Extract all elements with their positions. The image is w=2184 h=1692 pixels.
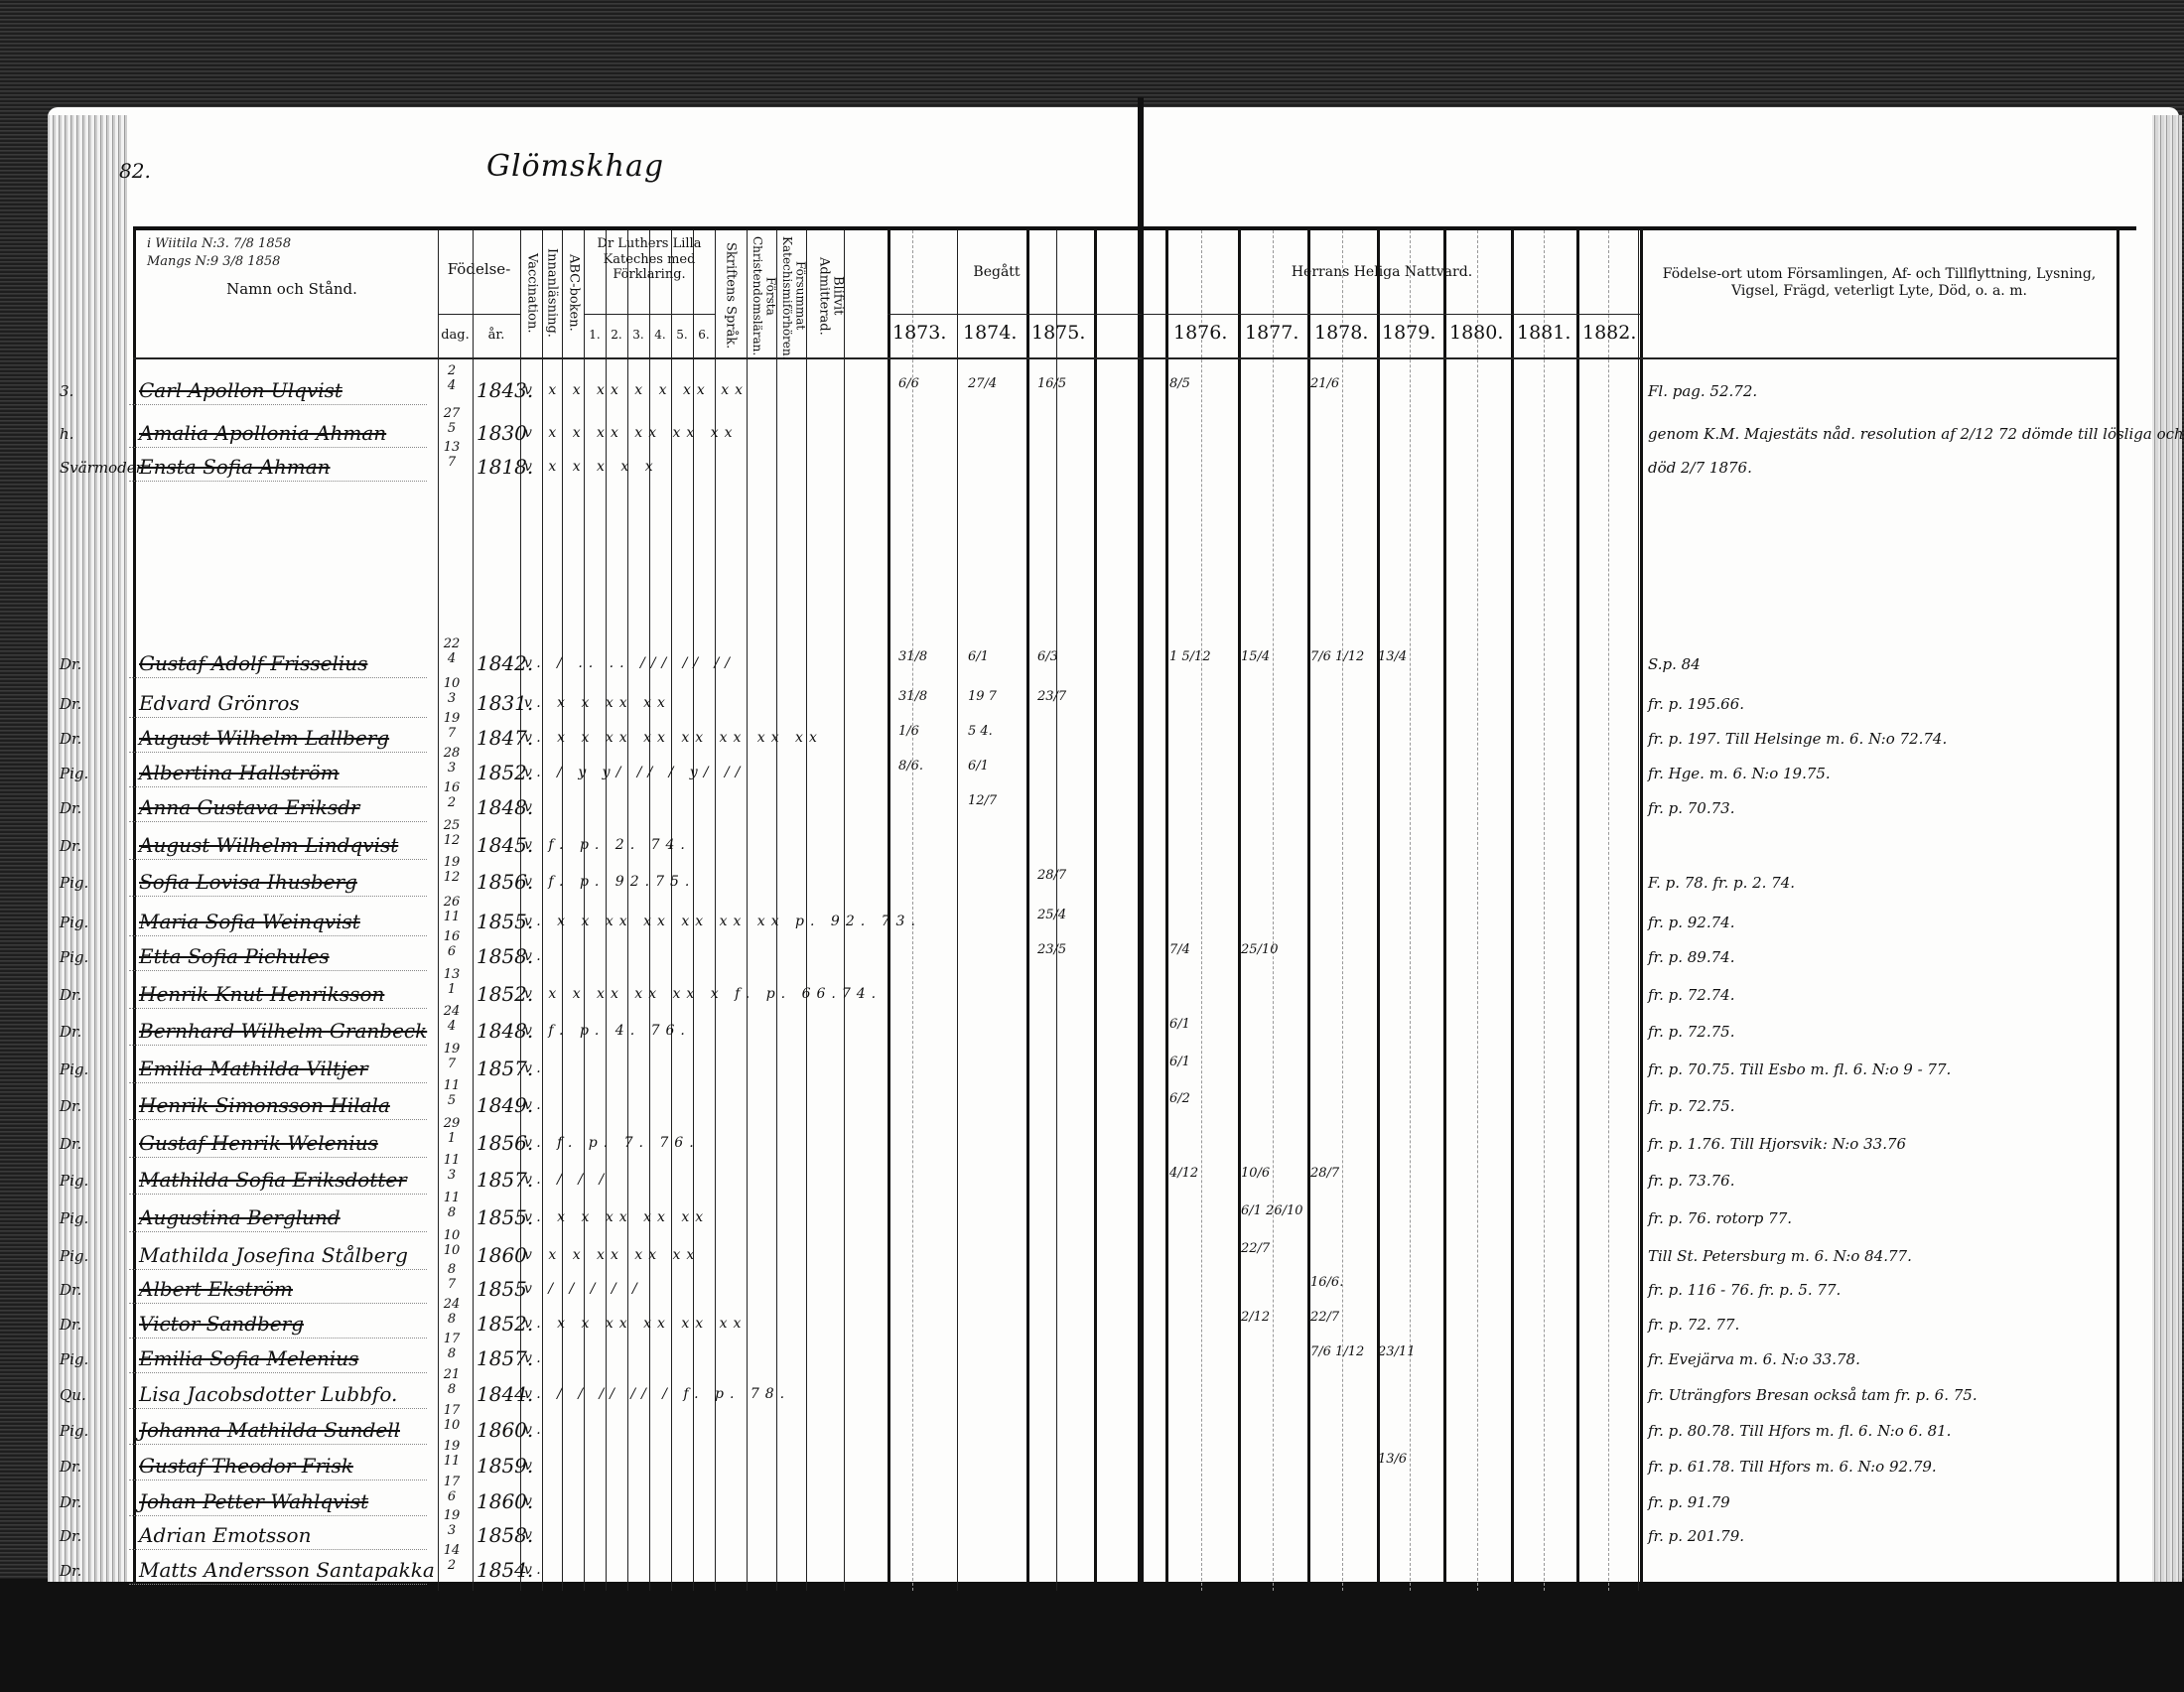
birth-day: 21: [437, 1368, 467, 1381]
entry-name: Sofia Lovisa Ihusberg: [139, 870, 357, 894]
birth-month: 10: [437, 1244, 467, 1257]
catechism-marks: v f. p. 4. 76.: [524, 1023, 691, 1039]
communion-date: 22/7: [1241, 1241, 1270, 1256]
catechism-marks: v f. p. 92.75.: [524, 874, 695, 890]
communion-date: 25/4: [1037, 908, 1066, 922]
birth-month: 3: [437, 1169, 467, 1182]
sub-divider: [1544, 230, 1545, 1591]
birth-day: 11: [437, 1079, 467, 1092]
header-catechism-part: 6.: [695, 328, 713, 342]
catechism-marks: v: [524, 1527, 538, 1543]
catechism-marks: v: [524, 799, 538, 815]
entry-prefix: Pig.: [60, 765, 88, 782]
row-rule: [129, 1194, 427, 1195]
sub-divider: [1273, 230, 1274, 1591]
communion-date: 6/1: [968, 649, 989, 664]
communion-date: 8/5: [1169, 376, 1190, 391]
header-catechism-part: 2.: [608, 328, 625, 342]
birth-month: 2: [437, 796, 467, 809]
entry-remark: fr. Evejärva m. 6. N:o 33.78.: [1648, 1350, 1860, 1368]
communion-date: 15/4: [1241, 649, 1270, 664]
column-divider: [806, 230, 807, 1591]
communion-date: 6/1 26/10: [1241, 1203, 1303, 1218]
row-rule: [129, 481, 427, 482]
header-catechism-part: 5.: [673, 328, 691, 342]
column-divider: [1640, 230, 1643, 1591]
entry-name: Bernhard Wilhelm Granbeck: [139, 1019, 427, 1043]
entry-prefix: Dr.: [60, 730, 81, 748]
entry-remark: fr. p. 195.66.: [1648, 695, 1744, 713]
entry-remark: fr. p. 201.79.: [1648, 1527, 1744, 1545]
birth-year: 1860: [477, 1243, 527, 1267]
header-skriftens-sprak: Skriftens Språk.: [723, 236, 737, 355]
entry-name: Etta Sofia Pichules: [139, 944, 330, 968]
row-rule: [129, 677, 427, 678]
entry-name: Maria Sofia Weinqvist: [139, 910, 360, 933]
entry-remark: fr. p. 72.74.: [1648, 986, 1734, 1004]
row-rule: [129, 1008, 427, 1009]
birth-day: 27: [437, 407, 467, 420]
birth-day: 26: [437, 896, 467, 909]
birth-day: 19: [437, 1043, 467, 1056]
header-divider: [438, 314, 520, 315]
row-rule: [129, 404, 427, 405]
birth-month: 8: [437, 1206, 467, 1219]
catechism-marks: v x x xx x x xx xx: [524, 382, 749, 398]
row-rule: [129, 1119, 427, 1120]
row-rule: [129, 1082, 427, 1083]
birth-day: 17: [437, 1404, 467, 1417]
header-year-1874: 1874.: [963, 322, 1017, 344]
birth-day: 13: [437, 441, 467, 454]
header-year-1876: 1876.: [1173, 322, 1227, 344]
communion-date: 31/8: [898, 689, 927, 704]
header-forsta-christendom: Första Christendomsläran.: [751, 236, 776, 355]
catechism-marks: v.: [524, 1562, 547, 1578]
catechism-marks: v.: [524, 948, 547, 964]
entry-remark: fr. p. 70.73.: [1648, 799, 1734, 817]
entry-prefix: 3.: [60, 382, 73, 400]
catechism-marks: v.: [524, 1060, 547, 1076]
birth-month: 1: [437, 983, 467, 996]
birth-day: 14: [437, 1544, 467, 1557]
entry-remark: fr. p. 1.76. Till Hjorsvik: N:o 33.76: [1648, 1135, 1906, 1153]
entry-remark: fr. Uträngfors Bresan också tam fr. p. 6…: [1648, 1386, 1978, 1404]
entry-remark: fr. p. 92.74.: [1648, 914, 1734, 931]
row-rule: [129, 1584, 427, 1585]
page-number: 82.: [119, 159, 151, 183]
birth-month: 8: [437, 1383, 467, 1396]
birth-day: 2: [437, 364, 467, 377]
header-dag: dag.: [438, 328, 473, 344]
entry-prefix: h.: [60, 425, 73, 443]
catechism-marks: v.: [524, 1422, 547, 1438]
birth-day: 29: [437, 1117, 467, 1130]
row-rule: [129, 1515, 427, 1516]
entry-name: Henrik Simonsson Hilala: [139, 1093, 390, 1117]
entry-remark: fr. p. 89.74.: [1648, 948, 1734, 966]
row-rule: [129, 935, 427, 936]
birth-month: 8: [437, 1313, 467, 1326]
header-divider: [887, 314, 1142, 315]
entry-name: Augustina Berglund: [139, 1205, 341, 1229]
column-divider: [1511, 230, 1514, 1591]
birth-month: 10: [437, 1419, 467, 1432]
birth-month: 3: [437, 762, 467, 775]
entry-name: Mathilda Josefina Stålberg: [139, 1243, 408, 1267]
entry-prefix: Dr.: [60, 799, 81, 817]
catechism-marks: v. / .. .. /// // //: [524, 655, 736, 671]
birth-day: 13: [437, 968, 467, 981]
header-year-1875: 1875.: [1031, 322, 1085, 344]
communion-date: 13/6: [1378, 1452, 1407, 1467]
entry-prefix: Dr.: [60, 1097, 81, 1115]
entry-name: Gustaf Adolf Frisselius: [139, 651, 367, 675]
entry-prefix: Dr.: [60, 695, 81, 713]
birth-day: 19: [437, 712, 467, 725]
birth-month: 7: [437, 727, 467, 740]
birth-month: 7: [437, 1057, 467, 1070]
catechism-marks: v x x x x x: [524, 459, 659, 475]
entry-prefix: Pig.: [60, 1350, 88, 1368]
birth-day: 11: [437, 1154, 467, 1167]
entry-name: Anna Gustava Eriksdr: [139, 795, 359, 819]
communion-date: 7/6 1/12: [1310, 1344, 1364, 1359]
remarks-left-border: [1638, 230, 1639, 1591]
birth-month: 12: [437, 834, 467, 847]
entry-remark: fr. p. 61.78. Till Hfors m. 6. N:o 92.79…: [1648, 1458, 1937, 1476]
header-blifvit-admitterad: Blifvit Admitterad.: [816, 236, 845, 355]
communion-date: 7/6 1/12: [1310, 649, 1364, 664]
sub-divider: [912, 230, 913, 1591]
column-divider: [957, 230, 958, 1591]
entry-remark: Fl. pag. 52.72.: [1648, 382, 1757, 400]
row-rule: [129, 1338, 427, 1339]
birth-month: 5: [437, 422, 467, 435]
entry-name: Emilia Sofia Melenius: [139, 1346, 358, 1370]
header-abc-boken: ABC-boken.: [566, 238, 580, 348]
communion-date: 6/2: [1169, 1091, 1190, 1106]
birth-day: 25: [437, 819, 467, 832]
communion-date: 21/6: [1310, 376, 1339, 391]
birth-month: 8: [437, 1347, 467, 1360]
catechism-marks: v.: [524, 1350, 547, 1366]
catechism-marks: v f. p. 2. 74.: [524, 837, 691, 853]
birth-day: 24: [437, 1005, 467, 1018]
entry-name: Amalia Apollonia Ahman: [139, 421, 386, 445]
entry-prefix: Pig.: [60, 1060, 88, 1078]
entry-name: Ensta Sofia Ahman: [139, 455, 331, 479]
catechism-marks: v.: [524, 1097, 547, 1113]
catechism-marks: v. f. p. 7. 76.: [524, 1135, 700, 1151]
entry-prefix: Dr.: [60, 1527, 81, 1545]
row-rule: [129, 1303, 427, 1304]
header-bottom-rule: [1144, 357, 2116, 359]
column-divider: [887, 230, 890, 1591]
entry-prefix: Dr.: [60, 1135, 81, 1153]
birth-day: 19: [437, 1440, 467, 1453]
row-rule: [129, 1269, 427, 1270]
entry-name: Albert Ekström: [139, 1277, 293, 1301]
header-name-stand: Namn och Stånd.: [193, 280, 391, 298]
catechism-marks: v x x xx xx xx: [524, 1247, 700, 1263]
communion-date: 13/4: [1378, 649, 1407, 664]
entry-name: Mathilda Sofia Eriksdotter: [139, 1168, 407, 1192]
communion-date: 16/5: [1037, 376, 1066, 391]
birth-month: 3: [437, 1524, 467, 1537]
birth-month: 6: [437, 1490, 467, 1503]
header-begatt: Begått: [927, 264, 1066, 281]
communion-date: 6/3: [1037, 649, 1058, 664]
entry-remark: död 2/7 1876.: [1648, 459, 1752, 477]
birth-day: 22: [437, 637, 467, 650]
sub-divider: [1477, 230, 1478, 1591]
header-innanlasning: Innanläsning.: [544, 238, 558, 348]
entry-name: Victor Sandberg: [139, 1312, 304, 1336]
birth-month: 11: [437, 1455, 467, 1468]
row-rule: [129, 1480, 427, 1480]
header-vaccination: Vaccination.: [524, 238, 538, 348]
birth-day: 16: [437, 930, 467, 943]
birth-day: 8: [437, 1263, 467, 1276]
communion-date: 19 7: [968, 689, 997, 704]
birth-day: 24: [437, 1298, 467, 1311]
catechism-marks: v. / / /: [524, 1172, 610, 1188]
catechism-marks: v x x xx xx xx xx: [524, 425, 739, 441]
birth-month: 11: [437, 911, 467, 923]
entry-prefix: Dr.: [60, 655, 81, 673]
row-rule: [129, 896, 427, 897]
scanner-bottom-shadow: [0, 1579, 2184, 1692]
entry-name: Henrik Knut Henriksson: [139, 982, 384, 1006]
header-remarks: Födelse-ort utom Församlingen, Af- och T…: [1648, 266, 2111, 300]
birth-month: 4: [437, 379, 467, 392]
entry-prefix: Pig.: [60, 914, 88, 931]
column-divider: [844, 230, 845, 1591]
catechism-marks: v. x x xx xx xx xx xx xx: [524, 730, 823, 746]
communion-date: 7/4: [1169, 942, 1190, 957]
entry-remark: fr. p. 116 - 76. fr. p. 5. 77.: [1648, 1281, 1841, 1299]
entry-prefix: Dr.: [60, 1316, 81, 1334]
header-catechism-part: 3.: [629, 328, 647, 342]
communion-date: 28/7: [1310, 1166, 1339, 1181]
entry-name: Albertina Hallström: [139, 761, 340, 784]
communion-date: 23/11: [1378, 1344, 1415, 1359]
header-fodelse: Födelse-: [438, 260, 520, 278]
birth-month: 4: [437, 1020, 467, 1033]
communion-date: 25/10: [1241, 942, 1278, 957]
birth-month: 3: [437, 692, 467, 705]
row-rule: [129, 1231, 427, 1232]
row-rule: [129, 1045, 427, 1046]
birth-year: 1830: [477, 421, 527, 445]
communion-date: 6/1: [1169, 1055, 1190, 1069]
communion-date: 28/7: [1037, 868, 1066, 883]
communion-date: 10/6: [1241, 1166, 1270, 1181]
birth-month: 4: [437, 652, 467, 665]
birth-day: 17: [437, 1333, 467, 1345]
entry-remark: fr. p. 80.78. Till Hfors m. fl. 6. N:o 6…: [1648, 1422, 1951, 1440]
entry-name: Adrian Emotsson: [139, 1523, 311, 1547]
communion-date: 12/7: [968, 793, 997, 808]
column-divider: [1094, 230, 1097, 1591]
header-year-1879: 1879.: [1382, 322, 1435, 344]
communion-date: 8/6.: [898, 759, 923, 774]
header-year-1877: 1877.: [1245, 322, 1298, 344]
entry-prefix: Dr.: [60, 1562, 81, 1580]
header-bottom-rule: [133, 357, 1142, 359]
birth-year: 1855: [477, 1277, 527, 1301]
entry-remark: fr. Hge. m. 6. N:o 19.75.: [1648, 765, 1831, 782]
entry-name: August Wilhelm Lallberg: [139, 726, 389, 750]
column-divider: [1576, 230, 1579, 1591]
sub-divider: [1201, 230, 1202, 1591]
entry-prefix: Pig.: [60, 874, 88, 892]
birth-month: 1: [437, 1132, 467, 1145]
header-forsummat: Försummat Katechismiförhören.: [780, 236, 806, 355]
entry-name: Johan Petter Wahlqvist: [139, 1489, 368, 1513]
communion-date: 1/6: [898, 724, 919, 739]
birth-day: 19: [437, 1509, 467, 1522]
parish-heading: Glömskhag: [486, 149, 664, 184]
entry-prefix: Dr.: [60, 1281, 81, 1299]
header-year-1873: 1873.: [892, 322, 946, 344]
entry-remark: fr. p. 70.75. Till Esbo m. fl. 6. N:o 9 …: [1648, 1060, 1951, 1078]
right-page-edges: [2152, 115, 2182, 1582]
communion-date: 23/5: [1037, 942, 1066, 957]
header-note: i Wiitila N:3. 7/8 1858: [147, 236, 291, 251]
row-rule: [129, 821, 427, 822]
entry-prefix: Dr.: [60, 1023, 81, 1041]
entry-remark: fr. p. 73.76.: [1648, 1172, 1734, 1190]
header-ar: år.: [473, 328, 520, 344]
entry-remark: genom K.M. Majestäts nåd. resolution af …: [1648, 425, 2184, 443]
catechism-marks: v. / y y/ // / y/ //: [524, 765, 746, 780]
entry-remark: fr. p. 197. Till Helsinge m. 6. N:o 72.7…: [1648, 730, 1947, 748]
communion-date: 6/6: [898, 376, 919, 391]
birth-day: 10: [437, 677, 467, 690]
entry-prefix: Pig.: [60, 1209, 88, 1227]
header-catechism: Dr Luthers Lilla Kateches med Förklaring…: [584, 236, 715, 283]
column-divider: [1443, 230, 1446, 1591]
entry-name: Johanna Mathilda Sundell: [139, 1418, 400, 1442]
entry-prefix: Dr.: [60, 837, 81, 855]
entry-prefix: Dr.: [60, 986, 81, 1004]
birth-month: 7: [437, 456, 467, 469]
catechism-marks: v. x x xx xx xx: [524, 1209, 709, 1225]
entry-remark: fr. p. 72.75.: [1648, 1097, 1734, 1115]
header-year-1882: 1882.: [1582, 322, 1636, 344]
entry-remark: fr. p. 72.75.: [1648, 1023, 1734, 1041]
entry-remark: F. p. 78. fr. p. 2. 74.: [1648, 874, 1795, 892]
communion-date: 22/7: [1310, 1310, 1339, 1325]
entry-prefix: Pig.: [60, 1247, 88, 1265]
catechism-marks: v. / / // // / f. p. 78.: [524, 1386, 790, 1402]
communion-date: 6/1: [1169, 1017, 1190, 1032]
sub-divider: [1410, 230, 1411, 1591]
column-divider: [1307, 230, 1310, 1591]
catechism-marks: v: [524, 1493, 538, 1509]
header-year-1880: 1880.: [1449, 322, 1503, 344]
entry-name: Gustaf Theodor Frisk: [139, 1454, 353, 1478]
table-border: [133, 230, 136, 1591]
entry-name: Edvard Grönros: [139, 691, 300, 715]
row-rule: [129, 1549, 427, 1550]
birth-month: 2: [437, 1559, 467, 1572]
birth-day: 17: [437, 1476, 467, 1488]
column-divider: [1238, 230, 1241, 1591]
row-rule: [129, 970, 427, 971]
row-rule: [129, 786, 427, 787]
communion-date: 5 4.: [968, 724, 993, 739]
row-rule: [129, 859, 427, 860]
communion-date: 27/4: [968, 376, 997, 391]
column-divider: [473, 230, 474, 1591]
entry-name: Lisa Jacobsdotter Lubbfo.: [139, 1382, 397, 1406]
row-rule: [129, 752, 427, 753]
sub-divider: [1608, 230, 1609, 1591]
header-herrans-nattvard: Herrans Heliga Nattvard.: [1183, 264, 1580, 281]
communion-date: 1 5/12: [1169, 649, 1211, 664]
catechism-marks: v: [524, 1458, 538, 1474]
entry-name: Gustaf Henrik Welenius: [139, 1131, 378, 1155]
header-divider: [584, 314, 715, 315]
column-divider: [1165, 230, 1168, 1591]
catechism-marks: v / / / / /: [524, 1281, 643, 1297]
birth-day: 11: [437, 1192, 467, 1204]
header-year-1878: 1878.: [1314, 322, 1368, 344]
entry-prefix: Pig.: [60, 948, 88, 966]
column-divider: [1377, 230, 1380, 1591]
entry-prefix: Qu.: [60, 1386, 86, 1404]
entry-remark: fr. p. 72. 77.: [1648, 1316, 1739, 1334]
entry-name: Matts Andersson Santapakka: [139, 1558, 435, 1582]
header-year-1881: 1881.: [1517, 322, 1570, 344]
header-note: Mangs N:9 3/8 1858: [147, 254, 280, 269]
entry-prefix: Dr.: [60, 1493, 81, 1511]
entry-prefix: Dr.: [60, 1458, 81, 1476]
birth-month: 7: [437, 1278, 467, 1291]
birth-month: 5: [437, 1094, 467, 1107]
communion-date: 31/8: [898, 649, 927, 664]
header-catechism-part: 1.: [586, 328, 604, 342]
catechism-marks: v. x x xx xx xx xx: [524, 1316, 747, 1332]
row-rule: [129, 1444, 427, 1445]
header-catechism-part: 4.: [651, 328, 669, 342]
birth-month: 12: [437, 871, 467, 884]
column-divider: [1026, 230, 1029, 1591]
entry-prefix: Pig.: [60, 1422, 88, 1440]
row-rule: [129, 1372, 427, 1373]
entry-remark: S.p. 84: [1648, 655, 1701, 673]
row-rule: [129, 1157, 427, 1158]
communion-date: 2/12: [1241, 1310, 1270, 1325]
catechism-marks: v. x x xx xx: [524, 695, 671, 711]
entry-prefix: Pig.: [60, 1172, 88, 1190]
header-divider: [1144, 314, 1640, 315]
communion-date: 23/7: [1037, 689, 1066, 704]
catechism-marks: v. x x xx xx xx xx xx p. 92. 73.: [524, 914, 921, 929]
row-rule: [129, 447, 427, 448]
birth-month: 6: [437, 945, 467, 958]
birth-day: 16: [437, 781, 467, 794]
communion-date: 6/1: [968, 759, 989, 774]
entry-prefix: Svärmoder: [60, 459, 143, 477]
entry-name: Emilia Mathilda Viltjer: [139, 1057, 368, 1080]
row-rule: [129, 717, 427, 718]
entry-name: August Wilhelm Lindqvist: [139, 833, 398, 857]
row-rule: [129, 1408, 427, 1409]
